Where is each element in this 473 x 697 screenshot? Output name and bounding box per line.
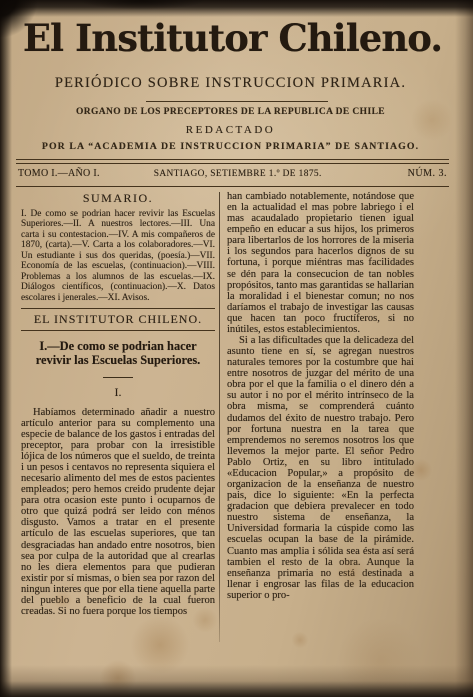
issue-date: SANTIAGO, SETIEMBRE 1.º DE 1875. xyxy=(133,169,342,179)
section-banner: EL INSTITUTOR CHILENO. xyxy=(21,308,215,331)
scanned-page-photo: El Institutor Chileno. PERIÓDICO SOBRE I… xyxy=(0,0,473,697)
masthead-rule xyxy=(146,101,328,102)
issue-row: TOMO I.—AÑO I. SANTIAGO, SETIEMBRE 1.º D… xyxy=(18,168,447,179)
sumario-title: SUMARIO. xyxy=(21,191,215,206)
left-column: SUMARIO. I. De como se podrian hacer rev… xyxy=(21,191,215,617)
masthead-title: El Institutor Chileno. xyxy=(6,14,459,62)
column-divider xyxy=(219,192,220,642)
academia-line: POR LA “ACADEMIA DE INSTRUCCION PRIMARIA… xyxy=(0,141,461,152)
article-paragraph-2: han cambiado notablemente, notándose que… xyxy=(227,191,414,335)
sumario-text: I. De como se podrian hacer revivir las … xyxy=(21,209,215,303)
article-paragraph-1: Habíamos determinado añadir a nuestro ar… xyxy=(21,407,215,617)
article-title: I.—De como se podrian hacer revivir las … xyxy=(25,339,211,368)
article-paragraph-3: Si a las dificultades que la delicadeza … xyxy=(227,335,414,601)
header-double-rule xyxy=(16,159,449,164)
section-numeral: I. xyxy=(21,385,215,400)
dash-divider xyxy=(103,377,133,378)
right-column: han cambiado notablemente, notándose que… xyxy=(227,191,414,601)
issue-number: NÚM. 3. xyxy=(342,168,447,179)
header-rule xyxy=(16,186,449,187)
tomo-label: TOMO I.—AÑO I. xyxy=(18,168,133,179)
masthead-subtitle: PERIÓDICO SOBRE INSTRUCCION PRIMARIA. xyxy=(0,75,461,92)
organ-line: ORGANO DE LOS PRECEPTORES DE LA REPUBLIC… xyxy=(0,107,461,117)
redactado-line: REDACTADO xyxy=(0,124,461,136)
